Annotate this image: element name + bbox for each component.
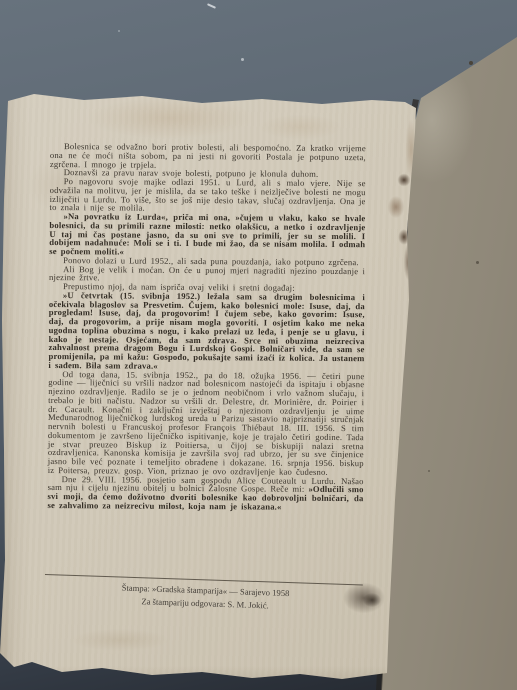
cover-speck (476, 261, 479, 264)
paragraph: Dne 29. VIII. 1956. posjetio sam gospodu… (47, 474, 363, 511)
paragraph: Bolesnica se odvažno bori protiv bolesti… (50, 142, 366, 170)
paragraph: »Na povratku iz Lurda«, priča mi ona, »č… (49, 212, 365, 258)
desk-scratch-mark (207, 3, 216, 8)
paragraph-segment: Po nagovoru svoje majke odlazi 1951. u L… (50, 176, 366, 213)
desk-speck (118, 30, 120, 32)
cover-speck (428, 470, 430, 472)
paragraph-segment: Od toga dana, 15. svibnja 1952., pa do 1… (48, 369, 365, 477)
cover-speck (469, 61, 473, 65)
page-text: Bolesnica se odvažno bori protiv bolesti… (47, 142, 366, 512)
desk-speck (241, 58, 244, 61)
paragraph-segment: Ali Bog je velik i moćan. On će u punoj … (49, 264, 365, 283)
paragraph: »U četvrtak (15. svibnja 1952.) ležala s… (48, 291, 365, 372)
paragraph-segment-bold: »U četvrtak (15. svibnja 1952.) ležala s… (48, 290, 365, 371)
paragraph: Po nagovoru svoje majke odlazi 1951. u L… (50, 177, 366, 214)
paragraph-segment: Bolesnica se odvažno bori protiv bolesti… (50, 141, 366, 169)
paragraph-segment-bold: »Na povratku iz Lurda«, priča mi ona, »č… (49, 211, 365, 256)
paragraph: Od toga dana, 15. svibnja 1952., pa do 1… (48, 369, 365, 476)
photo-of-book-page: Bolesnica se odvažno bori protiv bolesti… (0, 0, 517, 690)
